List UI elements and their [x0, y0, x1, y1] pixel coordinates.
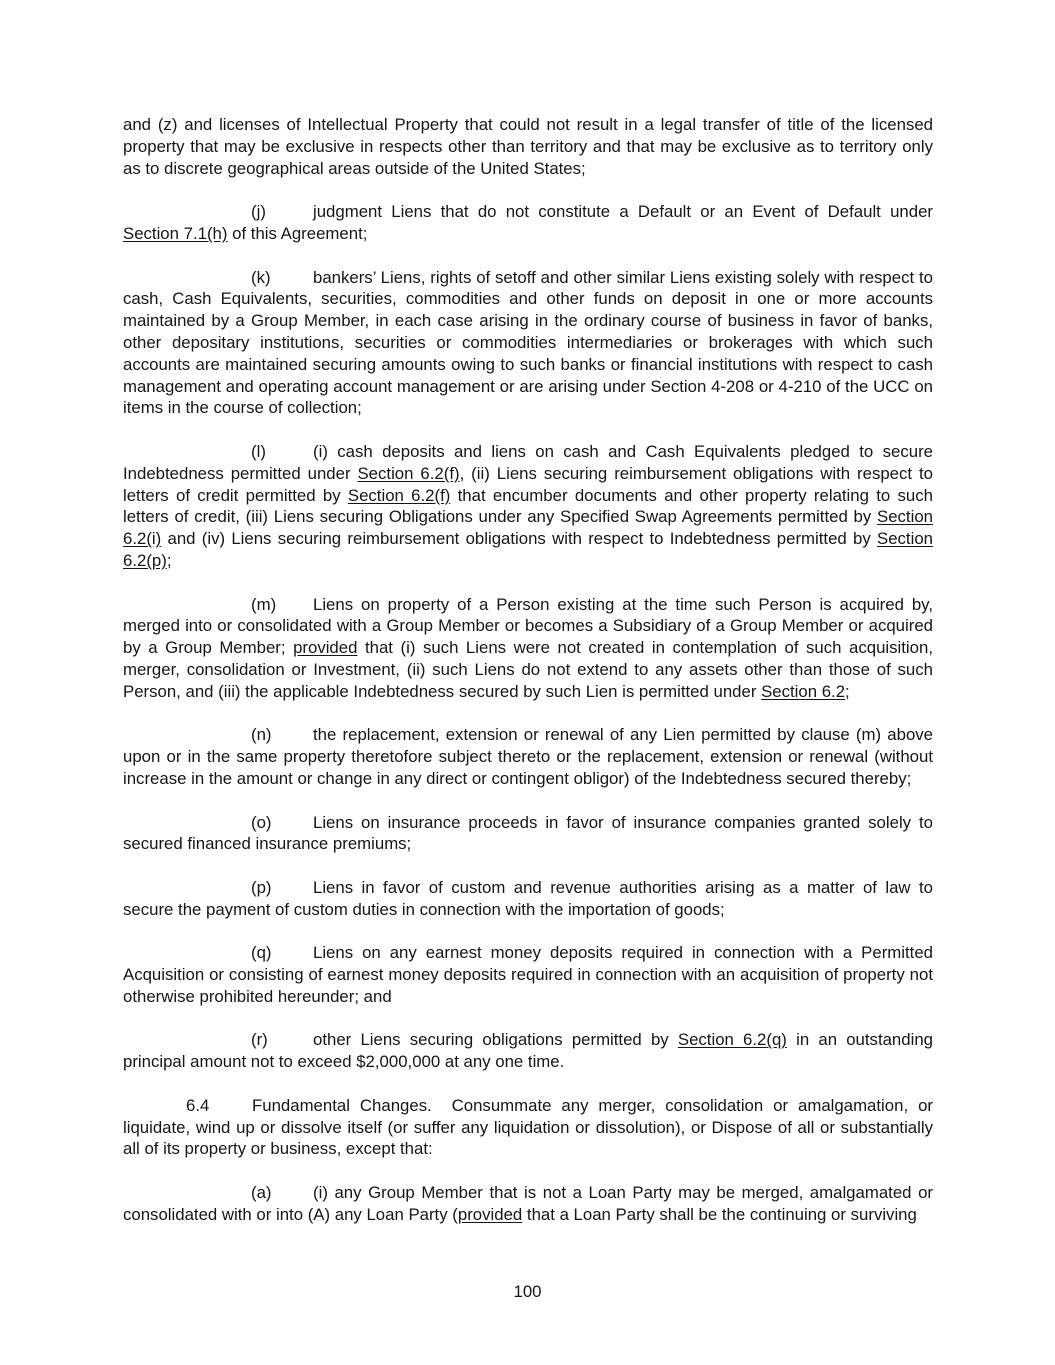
text-run: Liens on any earnest money deposits requ…	[123, 943, 933, 1006]
text-run: Liens on insurance proceeds in favor of …	[123, 813, 933, 854]
paragraph-a: (a)(i) any Group Member that is not a Lo…	[123, 1182, 933, 1226]
clause-label: (q)	[251, 942, 313, 964]
paragraph-r: (r)other Liens securing obligations perm…	[123, 1029, 933, 1073]
clause-label: (p)	[251, 877, 313, 899]
clause-label: (l)	[251, 441, 313, 463]
clause-label: (j)	[251, 201, 313, 223]
text-run: Liens in favor of custom and revenue aut…	[123, 878, 933, 919]
clause-label: (a)	[251, 1182, 313, 1204]
paragraph-o: (o)Liens on insurance proceeds in favor …	[123, 812, 933, 856]
paragraph: and (z) and licenses of Intellectual Pro…	[123, 114, 933, 179]
text-run: ;	[845, 682, 850, 701]
paragraph-p: (p)Liens in favor of custom and revenue …	[123, 877, 933, 921]
cross-reference: provided	[458, 1205, 522, 1224]
clause-label: (n)	[251, 724, 313, 746]
cross-reference: Section 6.2	[761, 682, 845, 701]
paragraph-6.4: 6.4Fundamental Changes. Consummate any m…	[123, 1095, 933, 1160]
paragraph-n: (n)the replacement, extension or renewal…	[123, 724, 933, 789]
paragraph-m: (m)Liens on property of a Person existin…	[123, 594, 933, 703]
clause-label: (o)	[251, 812, 313, 834]
paragraph-q: (q)Liens on any earnest money deposits r…	[123, 942, 933, 1007]
cross-reference: provided	[293, 638, 357, 657]
page-number: 100	[0, 1281, 1055, 1303]
text-run: the replacement, extension or renewal of…	[123, 725, 933, 788]
text-run: other Liens securing obligations permitt…	[313, 1030, 678, 1049]
clause-label: (k)	[251, 267, 313, 289]
text-run: judgment Liens that do not constitute a …	[313, 202, 933, 221]
text-run: and (z) and licenses of Intellectual Pro…	[123, 115, 933, 178]
text-run: that a Loan Party shall be the continuin…	[522, 1205, 917, 1224]
clause-label: (r)	[251, 1029, 313, 1051]
paragraph-k: (k)bankers’ Liens, rights of setoff and …	[123, 267, 933, 420]
clause-label: 6.4	[186, 1095, 252, 1117]
paragraph-l: (l)(i) cash deposits and liens on cash a…	[123, 441, 933, 572]
cross-reference: Section 6.2(f)	[348, 486, 450, 505]
text-run: ;	[167, 551, 172, 570]
cross-reference: Section 7.1(h)	[123, 224, 227, 243]
document-page: and (z) and licenses of Intellectual Pro…	[0, 0, 1055, 1365]
cross-reference: Section 6.2(q)	[678, 1030, 787, 1049]
clause-label: (m)	[251, 594, 313, 616]
text-run: of this Agreement;	[227, 224, 367, 243]
paragraph-j: (j)judgment Liens that do not constitute…	[123, 201, 933, 245]
text-run: and (iv) Liens securing reimbursement ob…	[161, 529, 877, 548]
cross-reference: Section 6.2(f)	[357, 464, 459, 483]
text-run: bankers’ Liens, rights of setoff and oth…	[123, 268, 933, 418]
document-body: and (z) and licenses of Intellectual Pro…	[123, 114, 933, 1247]
